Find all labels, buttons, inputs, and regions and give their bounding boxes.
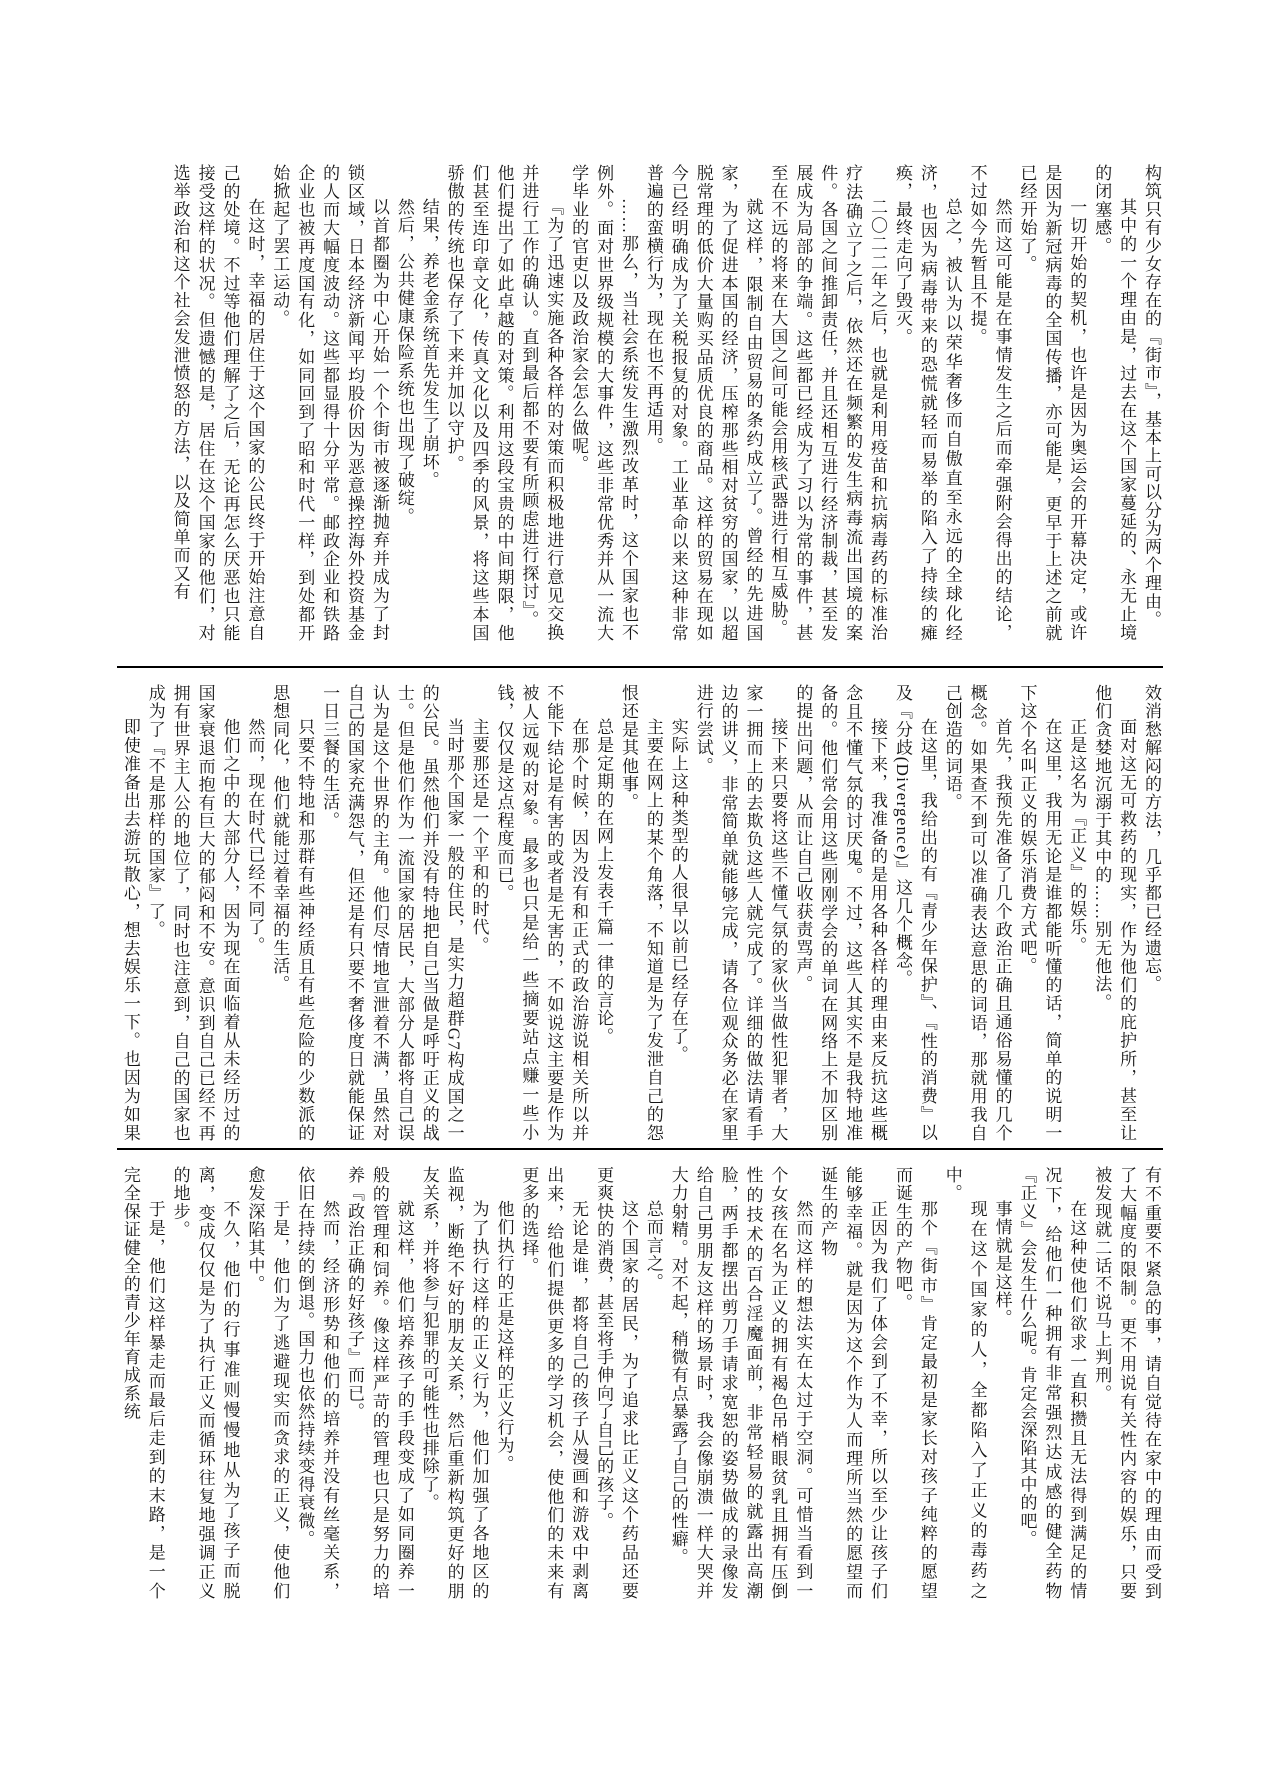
paragraph: 有不重要不紧急的事，请自觉待在家中的理由而受到了大幅度的限制。更不用说有关性内容… <box>1088 1166 1163 1600</box>
paragraph: 然而这可能是在事情发生之后而牵强附会得出的结论，不过如今先暂且不提。 <box>964 164 1014 642</box>
paragraph: 这个国家的居民，为了追求比正义这个药品还要更爽快的消费，甚至将手伸向了自己的孩子… <box>590 1166 640 1600</box>
paragraph: 即使准备出去游玩散心，想去娱乐一下。也因为如果没 <box>117 684 142 1142</box>
paragraph: 实际上这种类型的人很早以前已经存在了。 <box>665 684 690 1142</box>
paragraph: 总之，被认为以荣华奢侈而自傲直至永远的全球化经济，也因为病毒带来的恐慌就轻而易举… <box>889 164 964 642</box>
paragraph: 他们执行的正是这样的正义行为。 <box>491 1166 516 1600</box>
paragraph: 面对这无可救药的现实，作为他们的庇护所，甚至让他们贪婪地沉溺于其中的……别无他法… <box>1088 684 1138 1142</box>
text-section-2: 效消愁解闷的方法，几乎都已经遗忘。面对这无可救药的现实，作为他们的庇护所，甚至让… <box>117 684 1163 1142</box>
paragraph: 结果，养老金系统首先发生了崩坏。 <box>416 164 441 642</box>
paragraph: 正是这名为『正义』的娱乐。 <box>1063 684 1088 1142</box>
paragraph: 那个『街市』肯定最初是家长对孩子纯粹的愿望而诞生的产物吧。 <box>889 1166 939 1600</box>
section-divider <box>117 666 1163 668</box>
paragraph: 在这里，我给出的有『青少年保护』、『性的消费』以及『分歧(Divergence)… <box>889 684 939 1142</box>
paragraph: 为了执行这样的正义行为，他们加强了各地区的监视，断绝不好的朋友关系，然后重新构筑… <box>416 1166 491 1600</box>
paragraph: 在这里，我用无论是谁都能听懂的话，简单的说明一下这个名叫正义的娱乐消费方式吧。 <box>1014 684 1064 1142</box>
paragraph: 于是，他们这样暴走而最后走到的末路，是一个完全保证健全的青少年育成系统 <box>117 1166 167 1600</box>
paragraph: 就这样，限制自由贸易的条约成立了。曾经的先进国家，为了促进本国的经济，压榨那些相… <box>640 164 765 642</box>
section-divider <box>117 1148 1163 1150</box>
text-section-1: 构筑只有少女存在的『街市』，基本上可以分为两个理由。其中的一个理由是，过去在这个… <box>117 164 1163 642</box>
paragraph: 一切开始的契机，也许是因为奥运会的开幕决定，或许是因为新冠病毒的全国传播，亦可能… <box>1014 164 1089 642</box>
paragraph: 以首都圈为中心开始一个个街市被逐渐抛弃并成为了封锁区域，日本经济新闻平均股价因为… <box>266 164 391 642</box>
paragraph: 当时那个国家一般的住民，是实力超群G7构成国之一的公民。虽然他们并没有特地把自己… <box>316 684 465 1142</box>
paragraph: 总而言之。 <box>640 1166 665 1600</box>
paragraph: 效消愁解闷的方法，几乎都已经遗忘。 <box>1138 684 1163 1142</box>
paragraph: 他们之中的大部分人，因为现在面临着从未经历过的国家衰退而抱有巨大的郁闷和不安。意… <box>142 684 242 1142</box>
paragraph: 无论是谁，都将自己的孩子从漫画和游戏中剥离出来，给他们提供更多的学习机会，使他们… <box>515 1166 590 1600</box>
paragraph: 现在这个国家的人，全都陷入了正义的毒药之中。 <box>939 1166 989 1600</box>
paragraph: 于是，他们为了逃避现实而贪求的正义，使他们愈发深陷其中。 <box>241 1166 291 1600</box>
paragraph: 然而，经济形势和他们的培养并没有丝毫关系，依旧在持续的倒退。国力也依然持续变得衰… <box>291 1166 341 1600</box>
paragraph: 主要在网上的某个角落，不知道是为了发泄自己的怨恨还是其他事。 <box>615 684 665 1142</box>
paragraph: 总是定期的在网上发表千篇一律的言论。 <box>590 684 615 1142</box>
paragraph: 正因为我们了体会到了不幸，所以至少让孩子们能够幸福。就是因为这个作为人而理所当然… <box>814 1166 889 1600</box>
paragraph: 就这样，他们培养孩子的手段变成了如同圈养一般的管理和饲养。像这样严苛的管理也只是… <box>341 1166 416 1600</box>
paragraph: 然而，现在时代已经不同了。 <box>241 684 266 1142</box>
paragraph: 在这种使他们欲求一直积攒且无法得到满足的情况下，给他们一种拥有非常强烈达成感的健… <box>1014 1166 1089 1600</box>
paragraph: 二〇二二年之后，也就是利用疫苗和抗病毒药的标准治疗法确立了之后，依然还在频繁的发… <box>765 164 890 642</box>
paragraph: 不久，他们的行事准则慢慢地从为了孩子而脱离，变成仅仅是为了执行正义而循环往复地强… <box>167 1166 242 1600</box>
paragraph: 他们提出了如此卓越的对策。利用这段宝贵的中间期限，他们甚至连印章文化，传真文化以… <box>441 164 516 642</box>
paragraph: 接下来只要将这些不懂气氛的家伙当做性犯罪者，大家一拥而上的去欺负这些人就完成了。… <box>690 684 790 1142</box>
paragraph: 只要不特地和那群有些神经质且有些危险的少数派的思想同化，他们就能过着幸福的生活。 <box>266 684 316 1142</box>
paragraph: 然而这样的想法实在太过于空洞。可惜当看到一个女孩在名为正义的拥有褐色吊梢眼贫乳且… <box>665 1166 814 1600</box>
text-section-3: 有不重要不紧急的事，请自觉待在家中的理由而受到了大幅度的限制。更不用说有关性内容… <box>117 1166 1163 1600</box>
paragraph: 在这时，幸福的居住于这个国家的公民终于开始注意自己的处境。不过等他们理解了之后，… <box>167 164 267 642</box>
document-page: 构筑只有少女存在的『街市』，基本上可以分为两个理由。其中的一个理由是，过去在这个… <box>0 0 1280 1791</box>
paragraph: 首先，我预先准备了几个政治正确且通俗易懂的几个概念。如果查不到可以准确表达意思的… <box>939 684 1014 1142</box>
paragraph: 主要那还是一个平和的时代。 <box>466 684 491 1142</box>
paragraph: 在那个时候，因为没有和正式的政治游说相关所以并不能下结论是有害的或者是无害的，不… <box>491 684 591 1142</box>
paragraph: 构筑只有少女存在的『街市』，基本上可以分为两个理由。 <box>1138 164 1163 642</box>
paragraph: 接下来，我准备的是用各种各样的理由来反抗这些概念且不懂气氛的讨厌鬼。不过，这些人… <box>789 684 889 1142</box>
paragraph: 『为了迅速实施各种各样的对策而积极地进行意见交换并进行工作的确认。直到最后都不要… <box>515 164 565 642</box>
paragraph: ……那么，当社会系统发生激烈改革时，这个国家也不例外。面对世界级规模的大事件，这… <box>565 164 640 642</box>
paragraph: 事情就是这样。 <box>989 1166 1014 1600</box>
paragraph: 然后，公共健康保险系统也出现了破绽。 <box>391 164 416 642</box>
paragraph: 其中的一个理由是，过去在这个国家蔓延的、永无止境的闭塞感。 <box>1088 164 1138 642</box>
